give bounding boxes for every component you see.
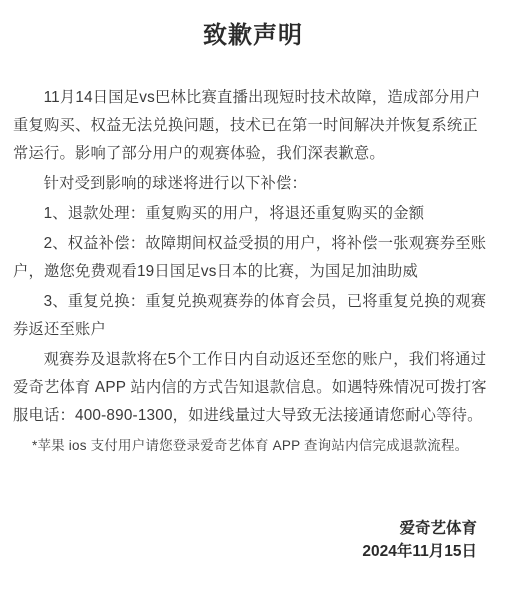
footnote-ios-payment: *苹果 ios 支付用户请您登录爱奇艺体育 APP 查询站内信完成退款流程。 (13, 432, 493, 460)
signature-company: 爱奇艺体育 (13, 517, 477, 540)
list-item-duplicate-redemption: 3、重复兑换：重复兑换观赛券的体育会员，已将重复兑换的观赛券返还至账户 (13, 288, 493, 344)
apology-statement-page: 致歉声明 11月14日国足vs巴林比赛直播出现短时技术故障，造成部分用户重复购买… (0, 0, 505, 597)
paragraph-refund-process: 观赛券及退款将在5个工作日内自动返还至您的账户，我们将通过爱奇艺体育 APP 站… (13, 346, 493, 430)
statement-body: 11月14日国足vs巴林比赛直播出现短时技术故障，造成部分用户重复购买、权益无法… (13, 84, 493, 460)
paragraph-compensation-intro: 针对受到影响的球迷将进行以下补偿： (13, 170, 493, 198)
list-item-benefit-compensation: 2、权益补偿：故障期间权益受损的用户，将补偿一张观赛券至账户，邀您免费观看19日… (13, 230, 493, 286)
signature-block: 爱奇艺体育 2024年11月15日 (13, 517, 493, 563)
paragraph-incident-description: 11月14日国足vs巴林比赛直播出现短时技术故障，造成部分用户重复购买、权益无法… (13, 84, 493, 168)
list-item-refund-handling: 1、退款处理：重复购买的用户，将退还重复购买的金额 (13, 200, 493, 228)
statement-title: 致歉声明 (13, 22, 493, 50)
signature-date: 2024年11月15日 (13, 540, 477, 563)
